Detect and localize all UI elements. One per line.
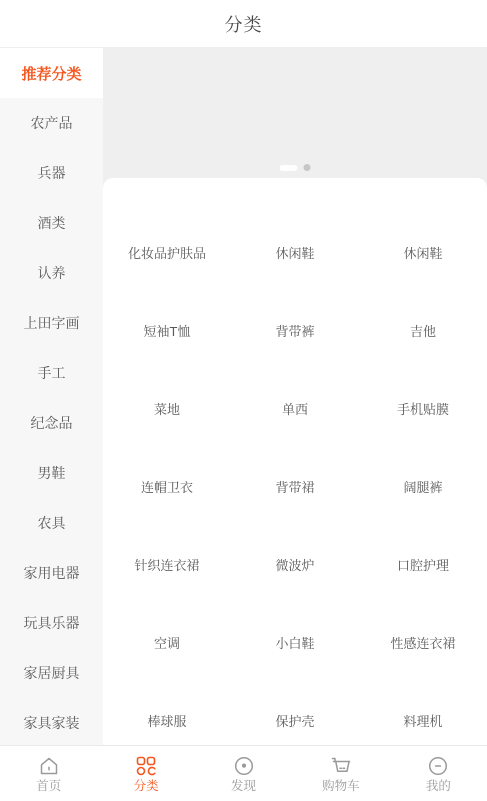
grid-item[interactable]: 料理机: [359, 658, 487, 736]
sidebar-item[interactable]: 纪念品: [0, 398, 103, 448]
tab-category-label: 分类: [134, 780, 159, 793]
grid-item[interactable]: 手机贴膜: [359, 346, 487, 424]
discover-icon: [232, 754, 256, 778]
sidebar-item[interactable]: 认养: [0, 248, 103, 298]
sidebar-item[interactable]: 家居厨具: [0, 648, 103, 698]
grid-item[interactable]: 棒球服: [103, 658, 231, 736]
sidebar-item[interactable]: 农产品: [0, 98, 103, 148]
grid-item[interactable]: 阔腿裤: [359, 424, 487, 502]
grid-item[interactable]: 口腔护理: [359, 502, 487, 580]
app-screen: 分类 推荐分类 农产品 兵器 酒类 认养 上田字画 手工 纪念品 男鞋 农具 家…: [0, 0, 487, 801]
grid-item[interactable]: 短袖T恤: [103, 268, 231, 346]
grid-item[interactable]: 菜地: [103, 346, 231, 424]
grid-item[interactable]: 背带裙: [231, 424, 359, 502]
grid-item[interactable]: 休闲鞋: [231, 190, 359, 268]
cart-icon: [329, 754, 353, 778]
grid-item[interactable]: 保护壳: [231, 658, 359, 736]
sidebar-item[interactable]: 酒类: [0, 198, 103, 248]
sidebar-item[interactable]: 农具: [0, 498, 103, 548]
sidebar-item[interactable]: 家具家装: [0, 698, 103, 745]
home-icon: [37, 754, 61, 778]
tab-profile[interactable]: 我的: [390, 746, 487, 801]
header: 分类: [0, 0, 487, 48]
grid-item[interactable]: 空调: [103, 580, 231, 658]
page-title: 分类: [225, 11, 263, 37]
sidebar-item[interactable]: 男鞋: [0, 448, 103, 498]
main-panel: 化妆品护肤品 休闲鞋 休闲鞋 短袖T恤 背带裤 吉他 菜地 单西 手机贴膜 连帽…: [103, 48, 487, 745]
sidebar-item[interactable]: 玩具乐器: [0, 598, 103, 648]
profile-icon: [426, 754, 450, 778]
grid-item[interactable]: 休闲鞋: [359, 190, 487, 268]
grid-item[interactable]: 背带裤: [231, 268, 359, 346]
banner-carousel[interactable]: [103, 48, 487, 178]
tab-cart[interactable]: 购物车: [292, 746, 389, 801]
tab-category[interactable]: 分类: [97, 746, 194, 801]
grid-item[interactable]: 性感连衣裙: [359, 580, 487, 658]
carousel-inactive-dot: [304, 164, 311, 171]
tab-cart-label: 购物车: [322, 780, 360, 793]
sidebar-item[interactable]: 兵器: [0, 148, 103, 198]
subcategory-grid: 化妆品护肤品 休闲鞋 休闲鞋 短袖T恤 背带裤 吉他 菜地 单西 手机贴膜 连帽…: [103, 178, 487, 745]
tab-home-label: 首页: [36, 780, 61, 793]
category-sidebar: 推荐分类 农产品 兵器 酒类 认养 上田字画 手工 纪念品 男鞋 农具 家用电器…: [0, 48, 103, 745]
grid-item[interactable]: 针织连衣裙: [103, 502, 231, 580]
grid-item[interactable]: 小白鞋: [231, 580, 359, 658]
content-area: 推荐分类 农产品 兵器 酒类 认养 上田字画 手工 纪念品 男鞋 农具 家用电器…: [0, 48, 487, 745]
sidebar-item[interactable]: 家用电器: [0, 548, 103, 598]
carousel-active-dot: [280, 165, 298, 171]
tab-discover-label: 发现: [231, 780, 256, 793]
tab-discover[interactable]: 发现: [195, 746, 292, 801]
carousel-indicator: [280, 164, 311, 171]
grid-item[interactable]: 吉他: [359, 268, 487, 346]
sidebar-item[interactable]: 手工: [0, 348, 103, 398]
sidebar-item[interactable]: 上田字画: [0, 298, 103, 348]
tab-profile-label: 我的: [426, 780, 451, 793]
grid-item[interactable]: 连帽卫衣: [103, 424, 231, 502]
grid-item[interactable]: 微波炉: [231, 502, 359, 580]
bottom-tab-bar: 首页 分类 发现: [0, 745, 487, 801]
sidebar-item[interactable]: 推荐分类: [0, 48, 103, 98]
grid-item[interactable]: 化妆品护肤品: [103, 190, 231, 268]
grid-item[interactable]: 单西: [231, 346, 359, 424]
tab-home[interactable]: 首页: [0, 746, 97, 801]
category-icon: [134, 754, 158, 778]
